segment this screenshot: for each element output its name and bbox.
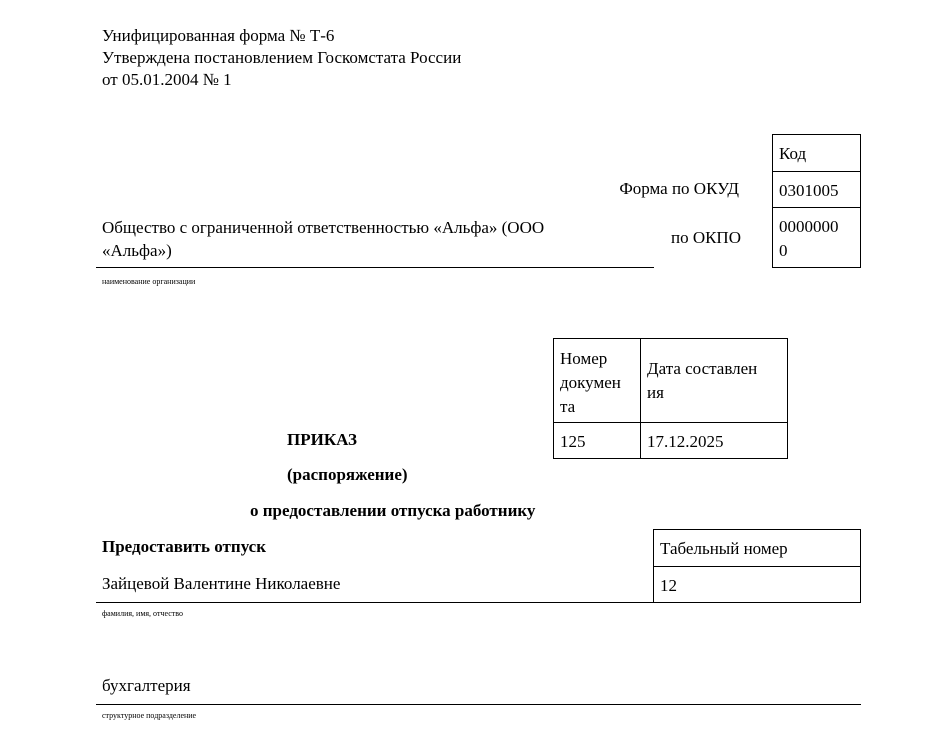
organization-name-line1: Общество с ограниченной ответственностью… — [102, 216, 544, 239]
order-purpose: о предоставлении отпуска работнику — [250, 501, 535, 521]
okpo-value-cell: 0000000 0 — [772, 207, 861, 268]
okud-label: Форма по ОКУД — [619, 179, 739, 199]
approval-date: от 05.01.2004 № 1 — [102, 69, 232, 91]
okud-value: 0301005 — [779, 181, 839, 200]
organization-name: Общество с ограниченной ответственностью… — [102, 216, 544, 262]
date-header-cell: Дата составлен ия — [640, 338, 788, 423]
tab-number-header-cell: Табельный номер — [653, 529, 861, 567]
okpo-value-line2: 0 — [779, 239, 854, 263]
tab-number-header: Табельный номер — [660, 539, 788, 558]
document-number: 125 — [560, 432, 586, 451]
tab-number-value: 12 — [660, 576, 677, 595]
document-date: 17.12.2025 — [647, 432, 724, 451]
organization-name-line2: «Альфа») — [102, 239, 544, 262]
date-header-line2: ия — [647, 381, 781, 405]
okpo-label: по ОКПО — [671, 228, 741, 248]
form-name: Унифицированная форма № Т-6 — [102, 25, 334, 47]
number-header-line3: та — [560, 395, 634, 419]
code-header-cell: Код — [772, 134, 861, 172]
number-header-cell: Номер докумен та — [553, 338, 641, 423]
date-value-cell: 17.12.2025 — [640, 422, 788, 459]
date-header-line1: Дата составлен — [647, 357, 781, 381]
tab-number-value-cell: 12 — [653, 566, 861, 603]
employee-name-caption: фамилия, имя, отчество — [102, 609, 183, 619]
employee-name: Зайцевой Валентине Николаевне — [102, 574, 340, 594]
code-header: Код — [779, 144, 806, 163]
organization-underline — [96, 267, 654, 268]
order-subtitle: (распоряжение) — [287, 465, 408, 485]
approval-text: Утверждена постановлением Госкомстата Ро… — [102, 47, 461, 69]
department-underline — [96, 704, 861, 705]
number-header-line1: Номер — [560, 347, 634, 371]
organization-caption: наименование организации — [102, 277, 195, 287]
okpo-value-line1: 0000000 — [779, 215, 854, 239]
department-name: бухгалтерия — [102, 676, 191, 696]
number-value-cell: 125 — [553, 422, 641, 459]
number-header-line2: докумен — [560, 371, 634, 395]
order-title: ПРИКАЗ — [287, 430, 357, 450]
department-caption: структурное подразделение — [102, 711, 196, 721]
okud-value-cell: 0301005 — [772, 171, 861, 208]
grant-leave-label: Предоставить отпуск — [102, 537, 266, 557]
employee-name-underline — [96, 602, 654, 603]
